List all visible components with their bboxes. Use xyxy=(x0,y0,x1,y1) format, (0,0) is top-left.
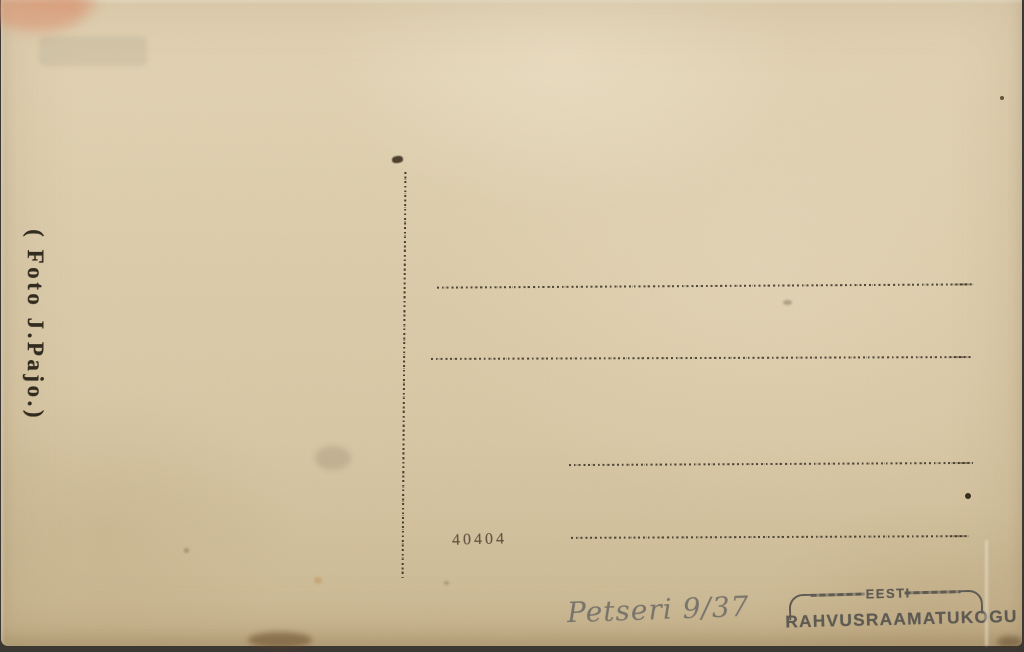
stain xyxy=(997,636,1023,648)
stain xyxy=(184,548,189,553)
serial-number: 40404 xyxy=(452,530,507,549)
stain xyxy=(1000,96,1004,100)
stain xyxy=(985,540,988,646)
stain xyxy=(39,36,147,66)
address-line-4 xyxy=(571,535,969,539)
address-line-2 xyxy=(431,356,971,360)
stain xyxy=(392,155,404,163)
stain xyxy=(315,446,351,470)
stain xyxy=(248,632,312,648)
stamp-rule-right xyxy=(905,590,961,594)
stain xyxy=(314,577,322,584)
stain xyxy=(444,581,449,585)
address-line-1 xyxy=(437,283,974,288)
library-stamp: EESTI RAHVUSRAAMATUKOGU xyxy=(786,581,985,638)
stain xyxy=(783,300,792,305)
paper-grain-texture xyxy=(1,0,1022,646)
stamp-rule-left xyxy=(811,593,865,597)
divider-dotted-line xyxy=(402,172,407,578)
stain xyxy=(965,493,971,499)
stamp-text-line2: RAHVUSRAAMATUKOGU xyxy=(785,608,987,633)
postcard-back: ( Foto J.Pajo.) 40404 Petseri 9/37 EESTI… xyxy=(1,0,1022,646)
photographer-credit: ( Foto J.Pajo.) xyxy=(20,194,48,456)
handwritten-note: Petseri 9/37 xyxy=(566,590,750,629)
stamp-text-line1: EESTI xyxy=(865,585,907,601)
address-line-3 xyxy=(569,462,973,466)
